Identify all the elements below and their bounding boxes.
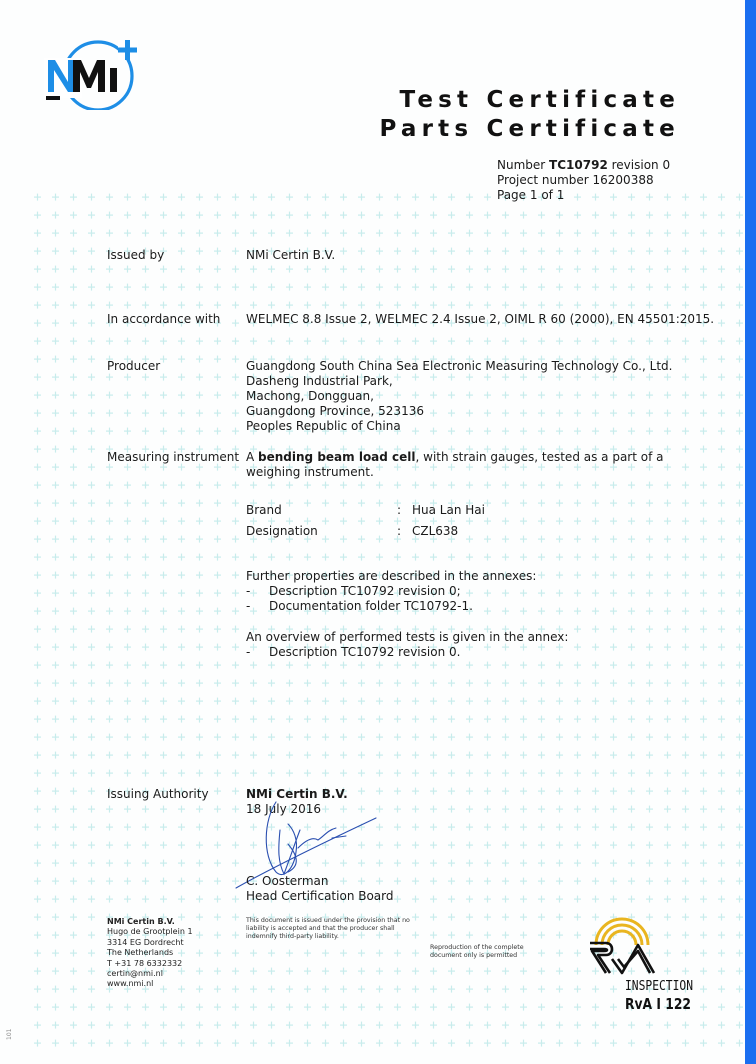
annex-item: - Description TC10792 revision 0;	[246, 584, 536, 599]
issued-by-label: Issued by	[107, 248, 164, 263]
reproduction-line: Reproduction of the complete	[430, 944, 524, 952]
producer-address: Guangdong South China Sea Electronic Mea…	[246, 359, 672, 434]
instrument-description: A bending beam load cell, with strain ga…	[246, 450, 664, 480]
nmi-logo	[44, 38, 144, 110]
footer-email: certin@nmi.nl	[107, 969, 193, 979]
title-line-2: Parts Certificate	[379, 115, 680, 144]
annex-item-text: Documentation folder TC10792-1.	[269, 599, 473, 614]
reproduction-line: document only is permitted	[430, 952, 524, 960]
brand-label: Brand	[246, 503, 282, 518]
producer-line: Guangdong South China Sea Electronic Mea…	[246, 359, 672, 374]
edge-color-bar	[745, 0, 756, 1064]
nmi-logo-icon	[44, 38, 144, 110]
instrument-line-2: weighing instrument.	[246, 465, 664, 480]
certificate-title: Test Certificate Parts Certificate	[379, 86, 680, 144]
annex-item: - Documentation folder TC10792-1.	[246, 599, 536, 614]
brand-colon: :	[397, 503, 401, 518]
producer-line: Peoples Republic of China	[246, 419, 672, 434]
issued-by-value: NMi Certin B.V.	[246, 248, 335, 263]
bullet-dash: -	[246, 599, 269, 614]
number-label: Number	[497, 158, 545, 172]
designation-value: CZL638	[412, 524, 458, 539]
producer-line: Guangdong Province, 523136	[246, 404, 672, 419]
signer-role: Head Certification Board	[246, 889, 394, 904]
brand-value: Hua Lan Hai	[412, 503, 485, 518]
revision: revision 0	[612, 158, 670, 172]
bullet-dash: -	[246, 645, 269, 660]
test-item-text: Description TC10792 revision 0.	[269, 645, 460, 660]
title-line-1: Test Certificate	[379, 86, 680, 115]
footer-address-line: The Netherlands	[107, 948, 193, 958]
instrument-type: bending beam load cell	[258, 450, 416, 464]
rva-accreditation-mark: INSPECTION RvA I 122	[588, 915, 698, 1020]
producer-label: Producer	[107, 359, 160, 374]
annexes-block: Further properties are described in the …	[246, 569, 536, 614]
tests-block: An overview of performed tests is given …	[246, 630, 568, 660]
producer-line: Machong, Dongguan,	[246, 389, 672, 404]
annex-item-text: Description TC10792 revision 0;	[269, 584, 461, 599]
tests-intro: An overview of performed tests is given …	[246, 630, 568, 645]
certificate-number: Number TC10792 revision 0	[497, 158, 670, 173]
issuing-authority-label: Issuing Authority	[107, 787, 209, 802]
reproduction-note: Reproduction of the complete document on…	[430, 944, 524, 960]
instrument-label: Measuring instrument	[107, 450, 239, 465]
designation-colon: :	[397, 524, 401, 539]
side-code: 101	[6, 1029, 13, 1040]
footer-address: NMi Certin B.V. Hugo de Grootplein 1 331…	[107, 917, 193, 990]
instrument-prefix: A	[246, 450, 258, 464]
page-indicator: Page 1 of 1	[497, 188, 670, 203]
footer-address-line: 3314 EG Dordrecht	[107, 938, 193, 948]
liability-disclaimer: This document is issued under the provis…	[246, 917, 426, 941]
footer-website: www.nmi.nl	[107, 979, 193, 989]
rva-inspection-text: INSPECTION	[625, 979, 693, 994]
producer-line: Dasheng Industrial Park,	[246, 374, 672, 389]
rva-number-text: RvA I 122	[625, 995, 691, 1013]
number-value: TC10792	[549, 158, 608, 172]
signer-block: C. Oosterman Head Certification Board	[246, 874, 394, 904]
rva-logo-icon: INSPECTION RvA I 122	[588, 915, 698, 1020]
footer-address-line: Hugo de Grootplein 1	[107, 927, 193, 937]
instrument-suffix: , with strain gauges, tested as a part o…	[416, 450, 664, 464]
footer-phone: T +31 78 6332332	[107, 959, 193, 969]
project-number: Project number 16200388	[497, 173, 670, 188]
certificate-page: Test Certificate Parts Certificate Numbe…	[0, 0, 756, 1064]
test-item: - Description TC10792 revision 0.	[246, 645, 568, 660]
footer-org: NMi Certin B.V.	[107, 917, 193, 927]
annexes-intro: Further properties are described in the …	[246, 569, 536, 584]
accordance-label: In accordance with	[107, 312, 220, 327]
signer-name: C. Oosterman	[246, 874, 394, 889]
bullet-dash: -	[246, 584, 269, 599]
designation-label: Designation	[246, 524, 318, 539]
accordance-value: WELMEC 8.8 Issue 2, WELMEC 2.4 Issue 2, …	[246, 312, 714, 327]
certificate-meta: Number TC10792 revision 0 Project number…	[497, 158, 670, 203]
